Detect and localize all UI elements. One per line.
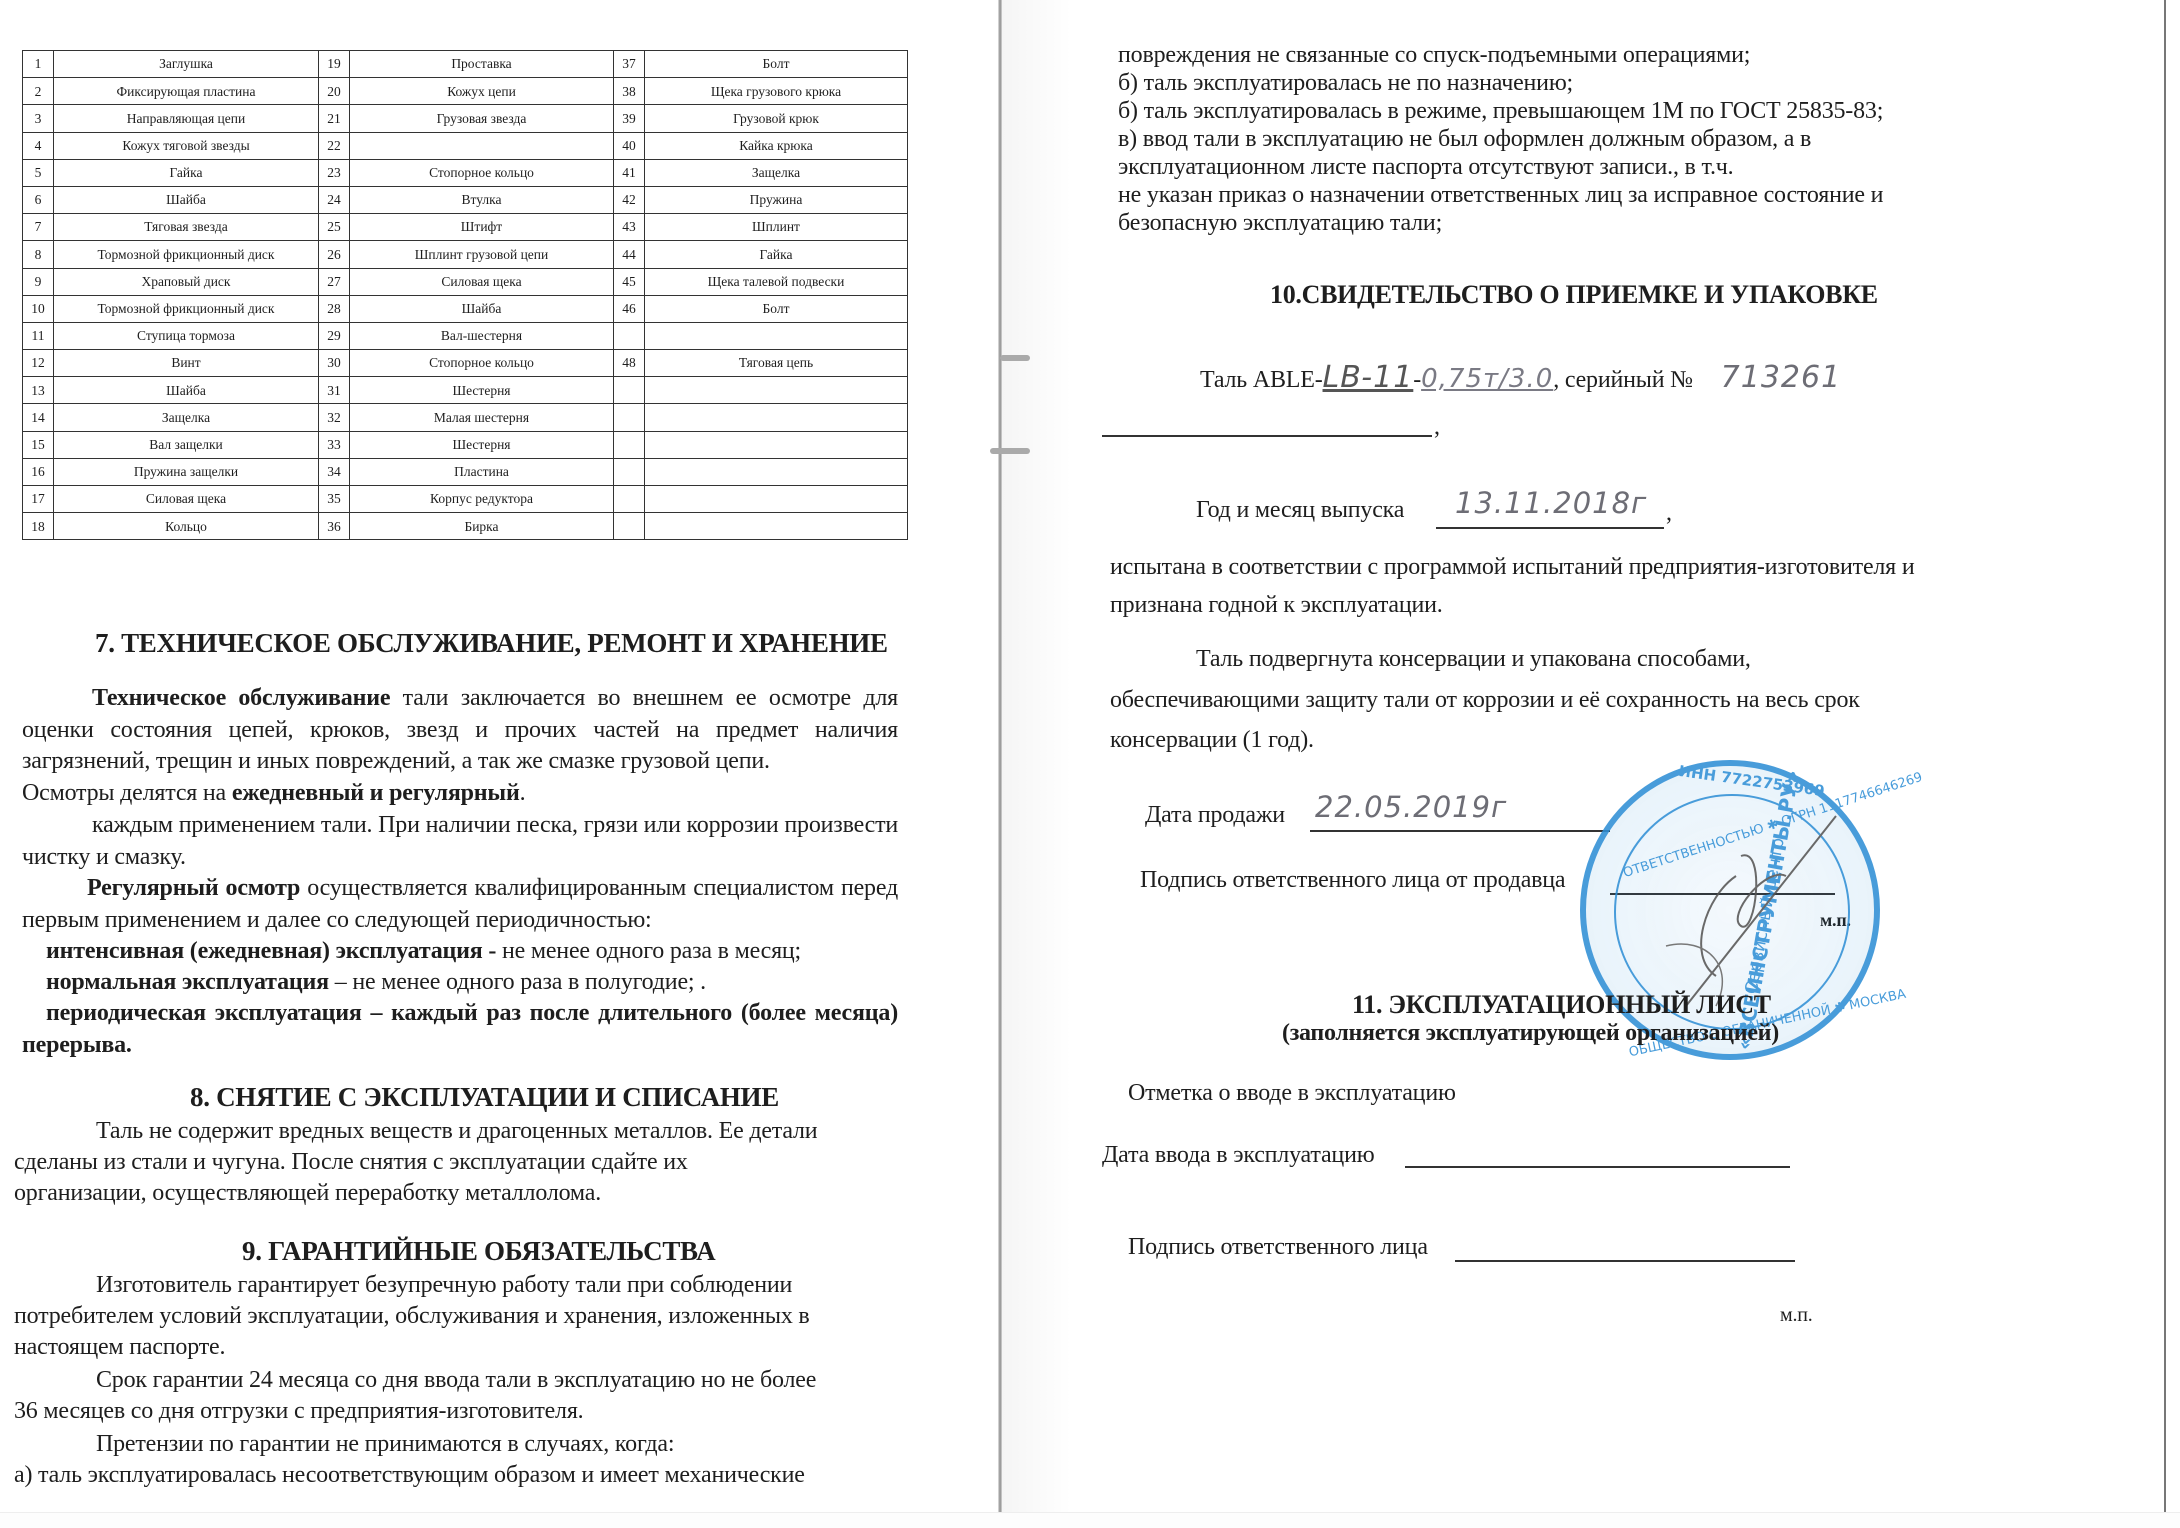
part-name-cell: Гайка xyxy=(54,159,319,186)
schedule-intensive: интенсивная (ежедневная) эксплуатация - … xyxy=(46,936,801,968)
part-name-cell: Тормозной фрикционный диск xyxy=(54,241,319,268)
part-name-cell: Щека талевой подвески xyxy=(645,268,908,295)
part-name-cell: Кожух тяговой звезды xyxy=(54,132,319,159)
serial-number-handwritten: 713261 xyxy=(1721,360,1842,395)
part-number-cell: 31 xyxy=(319,377,350,404)
part-name-cell xyxy=(645,458,908,485)
commissioning-date-label: Дата ввода в эксплуатацию xyxy=(1102,1140,1374,1172)
hoist-model-handwritten-1: LB-11 xyxy=(1323,360,1414,395)
part-number-cell: 45 xyxy=(614,268,645,295)
part-name-cell: Пластина xyxy=(350,458,614,485)
release-date-line xyxy=(1436,527,1664,529)
part-number-cell: 38 xyxy=(614,78,645,105)
warranty-cont-line-7: безопасную эксплуатацию тали; xyxy=(1118,208,1442,240)
section-9-line-6: Претензии по гарантии не принимаются в с… xyxy=(96,1429,674,1461)
part-number-cell: 14 xyxy=(23,404,54,431)
part-name-cell: Бирка xyxy=(350,513,614,540)
conservation-line-1: Таль подвергнута консервации и упакована… xyxy=(1196,644,1751,676)
part-name-cell: Гайка xyxy=(645,241,908,268)
section-11-subtitle: (заполняется эксплуатирующей организацие… xyxy=(1282,1020,1779,1047)
section-11-title: 11. ЭКСПЛУАТАЦИОННЫЙ ЛИСТ xyxy=(1352,990,1771,1020)
release-date-label: Год и месяц выпуска xyxy=(1196,495,1404,527)
sale-date-line xyxy=(1310,830,1610,832)
table-row: 12Винт30Стопорное кольцо48Тяговая цепь xyxy=(23,350,908,377)
part-number-cell: 36 xyxy=(319,513,350,540)
table-row: 5Гайка23Стопорное кольцо41Защелка xyxy=(23,159,908,186)
part-name-cell: Штифт xyxy=(350,214,614,241)
part-number-cell: 18 xyxy=(23,513,54,540)
page-fold-shadow xyxy=(1002,0,1072,1512)
part-name-cell: Грузовой крюк xyxy=(645,105,908,132)
part-name-cell: Кольцо xyxy=(54,513,319,540)
part-name-cell: Шестерня xyxy=(350,431,614,458)
part-number-cell: 13 xyxy=(23,377,54,404)
part-name-cell: Заглушка xyxy=(54,51,319,78)
part-number-cell: 19 xyxy=(319,51,350,78)
hoist-model-handwritten-2: 0,75т/3.0 xyxy=(1421,364,1553,394)
part-name-cell: Пружина xyxy=(645,186,908,213)
page-bottom-edge xyxy=(0,1512,2180,1528)
part-number-cell xyxy=(614,458,645,485)
staple-bottom xyxy=(990,448,1030,454)
conservation-line-3: консервации (1 год). xyxy=(1110,725,1314,757)
part-number-cell: 40 xyxy=(614,132,645,159)
section-7-paragraph-1: Техническое обслуживание тали заключаетс… xyxy=(22,683,898,778)
table-row: 9Храповый диск27Силовая щека45Щека талев… xyxy=(23,268,908,295)
part-name-cell: Защелка xyxy=(645,159,908,186)
release-date-handwritten: 13.11.2018г xyxy=(1455,488,1647,520)
warranty-cont-line-5: эксплуатационном листе паспорта отсутств… xyxy=(1118,152,1733,184)
part-name-cell: Втулка xyxy=(350,186,614,213)
table-row: 8Тормозной фрикционный диск26Шплинт груз… xyxy=(23,241,908,268)
part-number-cell: 12 xyxy=(23,350,54,377)
part-name-cell: Силовая щека xyxy=(350,268,614,295)
section-10-title: 10.СВИДЕТЕЛЬСТВО О ПРИЕМКЕ И УПАКОВКЕ xyxy=(1270,280,1878,310)
part-name-cell: Болт xyxy=(645,51,908,78)
part-name-cell: Стопорное кольцо xyxy=(350,159,614,186)
responsible-signature-label: Подпись ответственного лица xyxy=(1128,1232,1428,1264)
part-number-cell: 39 xyxy=(614,105,645,132)
warranty-cont-line-2: б) таль эксплуатировалась не по назначен… xyxy=(1118,68,1573,100)
part-number-cell: 33 xyxy=(319,431,350,458)
commissioning-date-line xyxy=(1405,1166,1790,1168)
part-name-cell: Фиксирующая пластина xyxy=(54,78,319,105)
part-number-cell: 7 xyxy=(23,214,54,241)
section-9-line-3: настоящем паспорте. xyxy=(14,1332,225,1364)
section-9-line-1: Изготовитель гарантирует безупречную раб… xyxy=(96,1270,792,1302)
part-name-cell: Направляющая цепи xyxy=(54,105,319,132)
warranty-cont-line-1: повреждения не связанные со спуск-подъем… xyxy=(1118,40,1750,72)
conservation-line-2: обеспечивающими защиту тали от коррозии … xyxy=(1110,685,1860,717)
table-row: 7Тяговая звезда25Штифт43Шплинт xyxy=(23,214,908,241)
table-row: 3Направляющая цепи21Грузовая звезда39Гру… xyxy=(23,105,908,132)
table-row: 18Кольцо36Бирка xyxy=(23,513,908,540)
part-name-cell: Шайба xyxy=(54,186,319,213)
part-number-cell: 43 xyxy=(614,214,645,241)
part-number-cell: 32 xyxy=(319,404,350,431)
part-name-cell xyxy=(645,404,908,431)
part-name-cell: Защелка xyxy=(54,404,319,431)
section-7-paragraph-2: каждым применением тали. При наличии пес… xyxy=(22,810,898,873)
warranty-cont-line-4: в) ввод тали в эксплуатацию не был оформ… xyxy=(1118,124,1811,156)
part-number-cell: 1 xyxy=(23,51,54,78)
section-9-line-7: а) таль эксплуатировалась несоответствую… xyxy=(14,1460,805,1492)
section-9-title: 9. ГАРАНТИЙНЫЕ ОБЯЗАТЕЛЬСТВА xyxy=(242,1236,715,1267)
warranty-cont-line-6: не указан приказ о назначении ответствен… xyxy=(1118,180,1883,212)
table-row: 1Заглушка19Проставка37Болт xyxy=(23,51,908,78)
part-name-cell: Тяговая звезда xyxy=(54,214,319,241)
part-name-cell xyxy=(645,486,908,513)
part-number-cell xyxy=(614,322,645,349)
table-row: 6Шайба24Втулка42Пружина xyxy=(23,186,908,213)
commissioning-mark-label: Отметка о вводе в эксплуатацию xyxy=(1128,1078,1456,1110)
part-number-cell xyxy=(614,431,645,458)
stamp-inn-text: ИНН 7722753969 xyxy=(1677,762,1825,800)
section-9-line-2: потребителем условий эксплуатации, обслу… xyxy=(14,1301,810,1333)
table-row: 16Пружина защелки34Пластина xyxy=(23,458,908,485)
page-right-edge xyxy=(2164,0,2166,1512)
part-number-cell: 23 xyxy=(319,159,350,186)
part-name-cell: Храповый диск xyxy=(54,268,319,295)
section-8-title: 8. СНЯТИЕ С ЭКСПЛУАТАЦИИ И СПИСАНИЕ xyxy=(190,1082,779,1113)
table-row: 13Шайба31Шестерня xyxy=(23,377,908,404)
part-number-cell: 4 xyxy=(23,132,54,159)
part-number-cell: 30 xyxy=(319,350,350,377)
part-name-cell: Шплинт xyxy=(645,214,908,241)
tested-line-1: испытана в соответствии с программой исп… xyxy=(1110,552,1914,584)
section-9-line-4: Срок гарантии 24 месяца со дня ввода тал… xyxy=(96,1365,816,1397)
schedule-normal: нормальная эксплуатация – не менее одног… xyxy=(46,967,706,999)
section-8-line-3: организации, осуществляющей переработку … xyxy=(14,1178,601,1210)
part-name-cell xyxy=(645,431,908,458)
section-7-paragraph-3: Регулярный осмотр осуществляется квалифи… xyxy=(22,873,898,936)
part-number-cell: 25 xyxy=(319,214,350,241)
part-number-cell: 21 xyxy=(319,105,350,132)
table-row: 15Вал защелки33Шестерня xyxy=(23,431,908,458)
part-name-cell: Кожух цепи xyxy=(350,78,614,105)
tested-line-2: признана годной к эксплуатации. xyxy=(1110,590,1443,622)
part-name-cell: Винт xyxy=(54,350,319,377)
serial-comma: , xyxy=(1434,412,1440,444)
part-number-cell: 27 xyxy=(319,268,350,295)
part-number-cell: 16 xyxy=(23,458,54,485)
part-name-cell xyxy=(645,513,908,540)
parts-table: 1Заглушка19Проставка37Болт2Фиксирующая п… xyxy=(22,50,908,540)
part-name-cell: Корпус редуктора xyxy=(350,486,614,513)
part-name-cell: Стопорное кольцо xyxy=(350,350,614,377)
part-name-cell: Тяговая цепь xyxy=(645,350,908,377)
part-number-cell: 22 xyxy=(319,132,350,159)
part-name-cell: Шплинт грузовой цепи xyxy=(350,241,614,268)
section-8-line-2: сделаны из стали и чугуна. После снятия … xyxy=(14,1147,688,1179)
part-name-cell: Грузовая звезда xyxy=(350,105,614,132)
part-name-cell xyxy=(645,377,908,404)
part-number-cell: 28 xyxy=(319,295,350,322)
part-number-cell: 44 xyxy=(614,241,645,268)
part-name-cell: Щека грузового крюка xyxy=(645,78,908,105)
part-name-cell: Шестерня xyxy=(350,377,614,404)
part-number-cell: 24 xyxy=(319,186,350,213)
part-number-cell: 34 xyxy=(319,458,350,485)
part-name-cell: Болт xyxy=(645,295,908,322)
table-row: 11Ступица тормоза29Вал-шестерня xyxy=(23,322,908,349)
part-name-cell: Проставка xyxy=(350,51,614,78)
part-name-cell: Силовая щека xyxy=(54,486,319,513)
part-name-cell: Вал защелки xyxy=(54,431,319,458)
part-name-cell: Кайка крюка xyxy=(645,132,908,159)
section-7-inspection-types: Осмотры делятся на ежедневный и регулярн… xyxy=(22,778,525,810)
part-number-cell: 5 xyxy=(23,159,54,186)
responsible-signature-line xyxy=(1455,1260,1795,1262)
table-row: 17Силовая щека35Корпус редуктора xyxy=(23,486,908,513)
serial-blank-line xyxy=(1102,435,1432,437)
part-number-cell: 3 xyxy=(23,105,54,132)
table-row: 10Тормозной фрикционный диск28Шайба46Бол… xyxy=(23,295,908,322)
sale-date-label: Дата продажи xyxy=(1145,800,1285,832)
part-number-cell: 10 xyxy=(23,295,54,322)
sale-date-handwritten: 22.05.2019г xyxy=(1315,792,1507,824)
part-number-cell: 46 xyxy=(614,295,645,322)
part-number-cell: 29 xyxy=(319,322,350,349)
hoist-model-line: Таль ABLE-LB-11-0,75т/3.0, серийный № 71… xyxy=(1200,362,1841,397)
part-name-cell xyxy=(350,132,614,159)
part-number-cell: 26 xyxy=(319,241,350,268)
part-number-cell: 11 xyxy=(23,322,54,349)
part-number-cell: 37 xyxy=(614,51,645,78)
part-number-cell: 6 xyxy=(23,186,54,213)
release-comma: , xyxy=(1666,498,1672,530)
section-9-line-5: 36 месяцев со дня отгрузки с предприятия… xyxy=(14,1396,583,1428)
part-name-cell: Малая шестерня xyxy=(350,404,614,431)
part-name-cell: Шайба xyxy=(350,295,614,322)
operator-stamp-place: м.п. xyxy=(1780,1300,1813,1332)
table-row: 14Защелка32Малая шестерня xyxy=(23,404,908,431)
part-number-cell: 8 xyxy=(23,241,54,268)
schedule-periodic: периодическая эксплуатация – каждый раз … xyxy=(22,998,898,1061)
part-number-cell xyxy=(614,404,645,431)
part-number-cell: 41 xyxy=(614,159,645,186)
part-number-cell xyxy=(614,486,645,513)
part-name-cell xyxy=(645,322,908,349)
part-name-cell: Вал-шестерня xyxy=(350,322,614,349)
part-number-cell: 20 xyxy=(319,78,350,105)
part-name-cell: Ступица тормоза xyxy=(54,322,319,349)
table-row: 2Фиксирующая пластина20Кожух цепи38Щека … xyxy=(23,78,908,105)
part-name-cell: Тормозной фрикционный диск xyxy=(54,295,319,322)
part-name-cell: Пружина защелки xyxy=(54,458,319,485)
staple-top xyxy=(1000,355,1030,361)
part-number-cell: 48 xyxy=(614,350,645,377)
table-row: 4Кожух тяговой звезды2240Кайка крюка xyxy=(23,132,908,159)
part-number-cell: 2 xyxy=(23,78,54,105)
seller-signature-label: Подпись ответственного лица от продавца xyxy=(1140,865,1565,897)
part-number-cell: 17 xyxy=(23,486,54,513)
part-number-cell xyxy=(614,513,645,540)
part-number-cell: 9 xyxy=(23,268,54,295)
part-number-cell: 15 xyxy=(23,431,54,458)
part-number-cell: 42 xyxy=(614,186,645,213)
part-number-cell: 35 xyxy=(319,486,350,513)
section-7-title: 7. ТЕХНИЧЕСКОЕ ОБСЛУЖИВАНИЕ, РЕМОНТ И ХР… xyxy=(95,628,888,659)
maintenance-term: Техническое обслуживание xyxy=(92,685,390,711)
section-8-line-1: Таль не содержит вредных веществ и драго… xyxy=(96,1116,817,1148)
part-name-cell: Шайба xyxy=(54,377,319,404)
part-number-cell xyxy=(614,377,645,404)
warranty-cont-line-3: б) таль эксплуатировалась в режиме, прев… xyxy=(1118,96,1883,128)
